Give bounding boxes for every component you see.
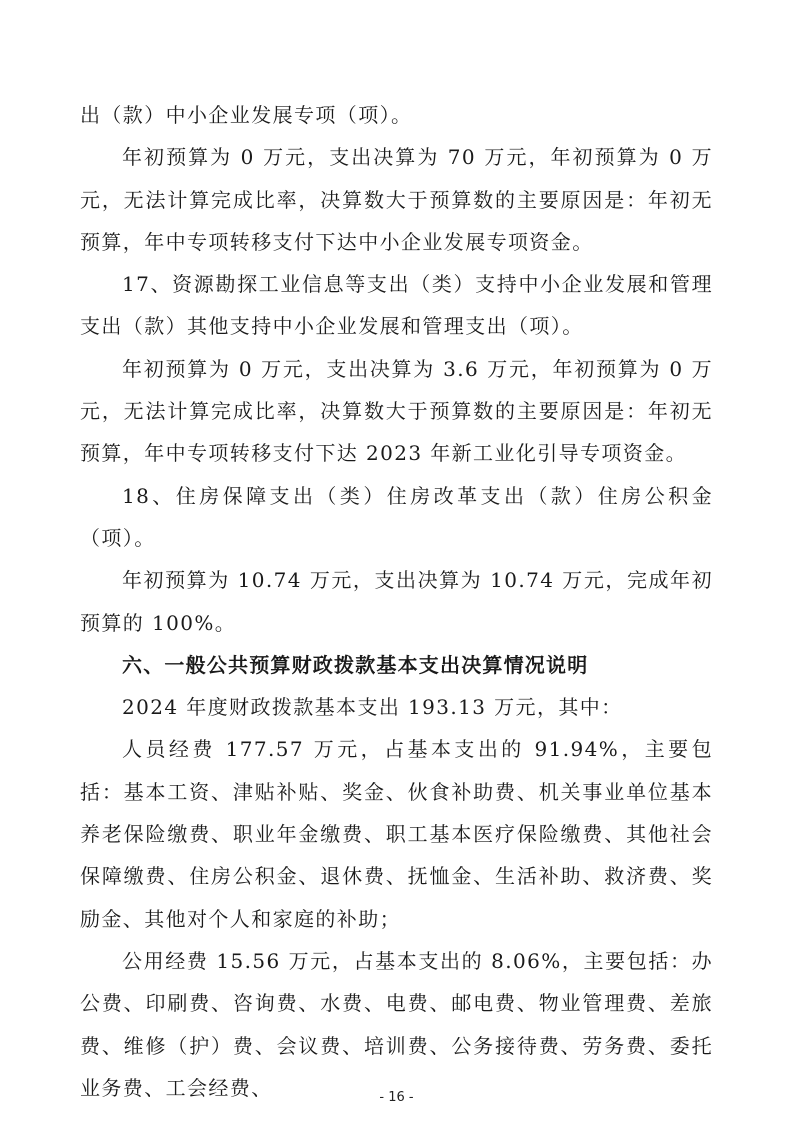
paragraph-item18-budget: 年初预算为 10.74 万元，支出决算为 10.74 万元，完成年初预算的 10… (80, 559, 713, 644)
paragraph-basic-expenditure-total: 2024 年度财政拨款基本支出 193.13 万元，其中： (80, 686, 713, 728)
paragraph-item17-title: 17、资源勘探工业信息等支出（类）支持中小企业发展和管理支出（款）其他支持中小企… (80, 263, 713, 348)
paragraph-public-expenses: 公用经费 15.56 万元，占基本支出的 8.06%，主要包括：办公费、印刷费、… (80, 940, 713, 1109)
paragraph-item17-budget: 年初预算为 0 万元，支出决算为 3.6 万元，年初预算为 0 万元，无法计算完… (80, 348, 713, 475)
paragraph-item16-budget: 年初预算为 0 万元，支出决算为 70 万元，年初预算为 0 万元，无法计算完成… (80, 136, 713, 263)
paragraph-continuation: 出（款）中小企业发展专项（项）。 (80, 94, 713, 136)
section-heading-6: 六、一般公共预算财政拨款基本支出决算情况说明 (80, 644, 713, 686)
paragraph-item18-title: 18、住房保障支出（类）住房改革支出（款）住房公积金（项）。 (80, 475, 713, 560)
document-page: 出（款）中小企业发展专项（项）。 年初预算为 0 万元，支出决算为 70 万元，… (80, 94, 713, 1109)
page-number: - 16 - (0, 1090, 793, 1105)
paragraph-personnel-expenses: 人员经费 177.57 万元，占基本支出的 91.94%，主要包括：基本工资、津… (80, 728, 713, 939)
